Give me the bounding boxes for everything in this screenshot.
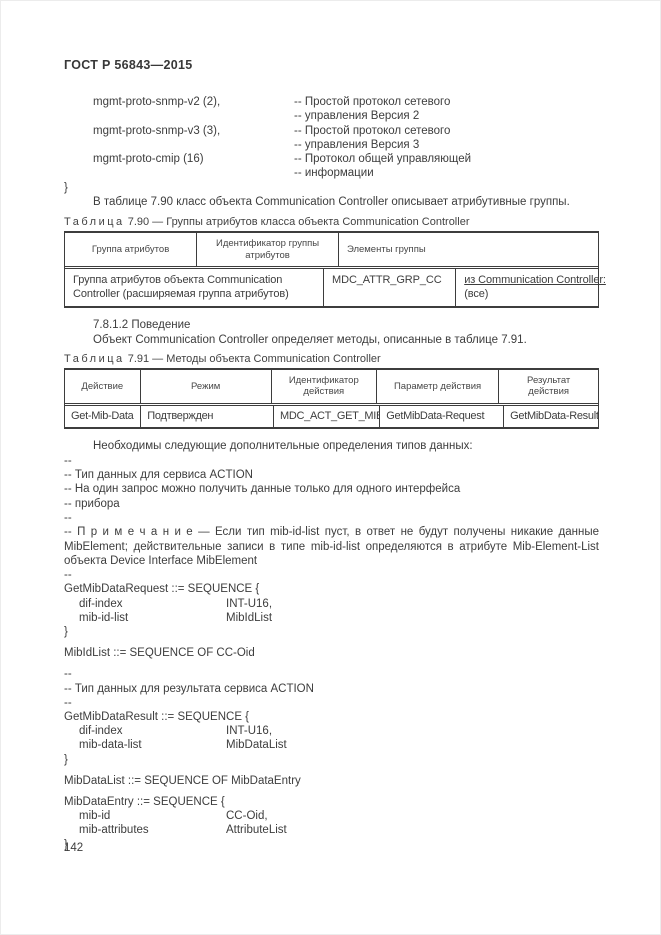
table-header-cell: Режим <box>141 370 272 403</box>
enum-line: -- управления Версия 2 <box>64 109 599 123</box>
table-cell-group-id: MDC_ATTR_GRP_CC <box>324 269 456 306</box>
table-body-cell: GetMibData-Result <box>504 406 598 428</box>
code-line-right: INT-U16, <box>226 598 272 610</box>
code-line-left: mib-data-list <box>79 738 226 752</box>
enum-line: mgmt-proto-snmp-v2 (2),-- Простой проток… <box>64 95 599 109</box>
table-790-body-row: Группа атрибутов объекта Communication C… <box>65 269 598 306</box>
table-790: Группа атрибутов Идентификатор группы ат… <box>64 231 599 308</box>
comment-line: -- Тип данных для сервиса ACTION <box>64 468 599 482</box>
code-line-right: CC-Oid, <box>226 810 268 822</box>
code-line <box>64 660 599 667</box>
code-line-right: MibIdList <box>226 612 272 624</box>
code-line: -- <box>64 696 599 710</box>
code-line <box>64 639 599 646</box>
table-caption-word: Таблица <box>64 216 125 228</box>
code-line <box>64 788 599 795</box>
enum-comment: -- управления Версия 2 <box>294 110 419 122</box>
enum-line: -- управления Версия 3 <box>64 138 599 152</box>
code-line-left: mib-id <box>79 809 226 823</box>
table-header-cell: Группа атрибутов <box>65 233 197 266</box>
table-cell-group-elements: из Communication Controller: (все) <box>456 269 598 306</box>
table-header-cell: Идентификатор группы атрибутов <box>197 233 339 266</box>
code-line-left: -- Тип данных для результата сервиса ACT… <box>64 683 314 695</box>
code-line: mib-data-listMibDataList <box>64 738 599 752</box>
enum-comment: -- Простой протокол сетевого <box>294 125 450 137</box>
paragraph-definitions-intro: Необходимы следующие дополнительные опре… <box>64 439 599 453</box>
code-line-left: -- <box>64 569 72 581</box>
enum-identifier: mgmt-proto-snmp-v3 (3), <box>93 124 294 138</box>
code-line <box>64 767 599 774</box>
asn1-comments-block: -- -- Тип данных для сервиса ACTION -- Н… <box>64 454 599 525</box>
table-header-cell: Действие <box>65 370 141 403</box>
enum-identifier: mgmt-proto-snmp-v2 (2), <box>93 95 294 109</box>
page-number: 142 <box>64 841 83 855</box>
code-line: } <box>64 625 599 639</box>
code-line-left: -- <box>64 697 72 709</box>
enum-line: -- информации <box>64 166 599 180</box>
code-line-left: GetMibDataRequest ::= SEQUENCE { <box>64 583 259 595</box>
code-line: dif-indexINT-U16, <box>64 597 599 611</box>
code-line: -- <box>64 667 599 681</box>
code-line-left: } <box>64 626 68 638</box>
code-line: } <box>64 838 599 852</box>
code-line: MibDataEntry ::= SEQUENCE { <box>64 795 599 809</box>
table-791: Действие Режим Идентификатор действия Па… <box>64 368 599 430</box>
code-line-left: MibDataEntry ::= SEQUENCE { <box>64 796 225 808</box>
comment-line: -- <box>64 511 599 525</box>
table-caption-text: 7.91 — Методы объекта Communication Cont… <box>128 353 381 365</box>
code-line-left: dif-index <box>79 724 226 738</box>
code-line-left: GetMibDataResult ::= SEQUENCE { <box>64 711 249 723</box>
enum-comment: -- Простой протокол сетевого <box>294 96 450 108</box>
code-line-right: INT-U16, <box>226 725 272 737</box>
table-790-header-row: Группа атрибутов Идентификатор группы ат… <box>65 233 598 269</box>
table-header-cell: Идентификатор действия <box>272 370 377 403</box>
code-line: } <box>64 753 599 767</box>
enum-line: mgmt-proto-snmp-v3 (3),-- Простой проток… <box>64 124 599 138</box>
table-791-body-row: Get-Mib-Data Подтвержден MDC_ACT_GET_MIB… <box>65 406 598 428</box>
enum-comment: -- Протокол общей управляющей <box>294 153 471 165</box>
table-cell-attribute-group: Группа атрибутов объекта Communication C… <box>65 269 324 306</box>
code-line: MibDataList ::= SEQUENCE OF MibDataEntry <box>64 774 599 788</box>
table-body-cell: Get-Mib-Data <box>65 406 141 428</box>
code-line-left: } <box>64 754 68 766</box>
page-content: ГОСТ Р 56843—2015 mgmt-proto-snmp-v2 (2)… <box>64 57 599 852</box>
code-line: GetMibDataRequest ::= SEQUENCE { <box>64 582 599 596</box>
asn1-code-listing: -- GetMibDataRequest ::= SEQUENCE { dif-… <box>64 568 599 852</box>
enum-identifier: mgmt-proto-cmip (16) <box>93 152 294 166</box>
document-page: ГОСТ Р 56843—2015 mgmt-proto-snmp-v2 (2)… <box>0 0 661 935</box>
table-790-caption: Таблица 7.90 — Группы атрибутов класса о… <box>64 215 599 229</box>
code-line: -- <box>64 568 599 582</box>
code-line: GetMibDataResult ::= SEQUENCE { <box>64 710 599 724</box>
asn1-enum-block: mgmt-proto-snmp-v2 (2),-- Простой проток… <box>64 95 599 181</box>
paragraph-behavior: Объект Communication Controller определя… <box>64 333 599 347</box>
enum-comment: -- управления Версия 3 <box>294 139 419 151</box>
table-body-cell: MDC_ACT_GET_MIB_DATA <box>274 406 380 428</box>
table-header-cell: Параметр действия <box>377 370 499 403</box>
code-line: mib-idCC-Oid, <box>64 809 599 823</box>
code-line-left: mib-id-list <box>79 611 226 625</box>
table-header-cell: Результат действия <box>499 370 598 403</box>
code-line-left: MibIdList ::= SEQUENCE OF CC-Oid <box>64 647 255 659</box>
table-body-cell: GetMibData-Request <box>380 406 504 428</box>
table-body-cell: Подтвержден <box>141 406 274 428</box>
code-line-left: -- <box>64 668 72 680</box>
code-line: MibIdList ::= SEQUENCE OF CC-Oid <box>64 646 599 660</box>
paragraph-table790-intro: В таблице 7.90 класс объекта Communicati… <box>64 195 599 209</box>
table-header-cell: Элементы группы <box>339 233 434 266</box>
code-line: mib-attributesAttributeList <box>64 823 599 837</box>
enum-comment: -- информации <box>294 167 374 179</box>
comment-line: -- На один запрос можно получить данные … <box>64 482 599 496</box>
code-line: -- Тип данных для результата сервиса ACT… <box>64 682 599 696</box>
code-line-right: AttributeList <box>226 824 287 836</box>
enum-close-brace: } <box>64 181 599 195</box>
table-caption-text: 7.90 — Группы атрибутов класса объекта C… <box>128 216 470 228</box>
enum-line: mgmt-proto-cmip (16)-- Протокол общей уп… <box>64 152 599 166</box>
table-791-caption: Таблица 7.91 — Методы объекта Communicat… <box>64 352 599 366</box>
comment-line: -- прибора <box>64 497 599 511</box>
group-elements-all: (все) <box>464 288 590 302</box>
document-standard-title: ГОСТ Р 56843—2015 <box>64 57 599 73</box>
table-caption-word: Таблица <box>64 353 125 365</box>
code-line-right: MibDataList <box>226 739 287 751</box>
code-line-left: dif-index <box>79 597 226 611</box>
note-paragraph: -- П р и м е ч а н и е — Если тип mib-id… <box>64 525 599 568</box>
code-line: mib-id-listMibIdList <box>64 611 599 625</box>
code-line-left: MibDataList ::= SEQUENCE OF MibDataEntry <box>64 775 301 787</box>
table-791-header-row: Действие Режим Идентификатор действия Па… <box>65 370 598 406</box>
code-line: dif-indexINT-U16, <box>64 724 599 738</box>
code-line-left: mib-attributes <box>79 823 226 837</box>
section-heading-7812: 7.8.1.2 Поведение <box>64 318 599 332</box>
comment-line: -- <box>64 454 599 468</box>
group-elements-source: из Communication Controller: <box>464 274 590 288</box>
